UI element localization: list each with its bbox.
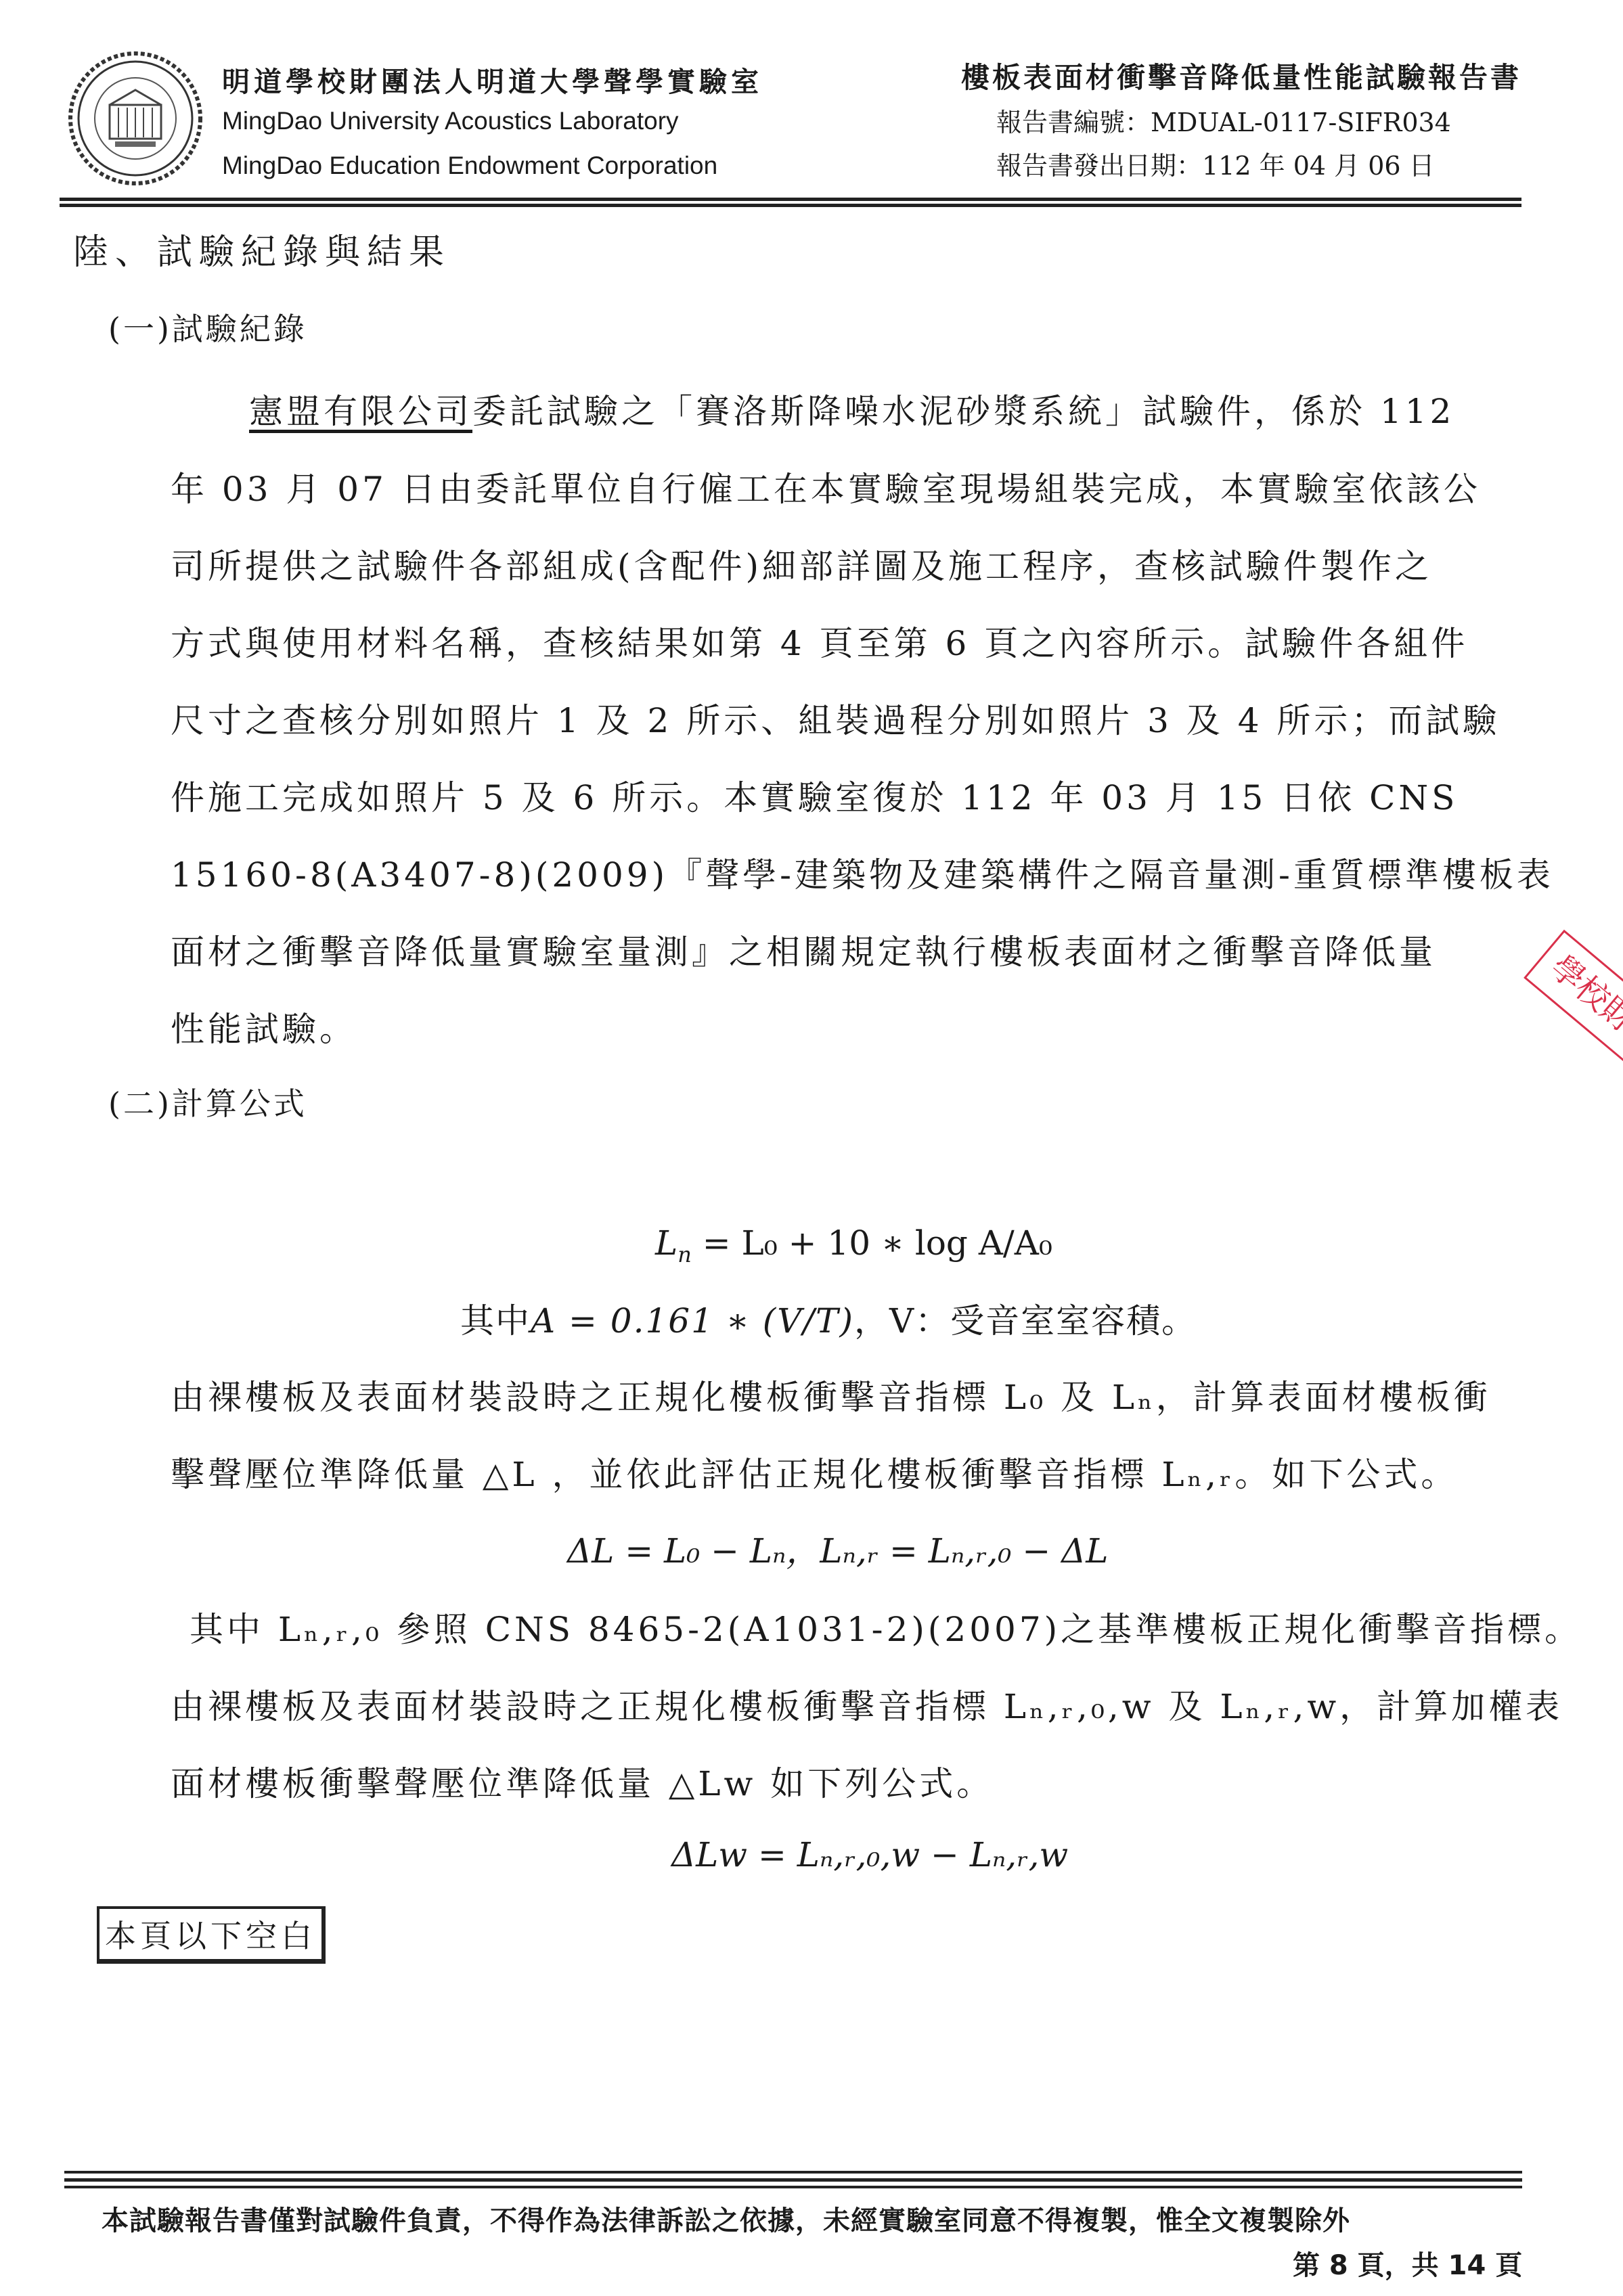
report-issue-date: 報告書發出日期：112 年 04 月 06 日 <box>996 145 1435 182</box>
issue-date-value: 112 年 04 月 06 日 <box>1202 151 1435 181</box>
formula-lhs-subscript: n <box>677 1242 692 1267</box>
page-number: 第 8 頁，共 14 頁 <box>1293 2244 1522 2282</box>
document-title: 樓板表面材衝擊音降低量性能試驗報告書 <box>961 55 1521 96</box>
formula-note-suffix: ，V：受音室室容積。 <box>854 1301 1197 1341</box>
paragraph-line: 方式與使用材料名稱，查核結果如第 4 頁至第 6 頁之內容所示。試驗件各組件 <box>171 616 1468 665</box>
formula-a-definition: 其中A = 0.161 ∗ (V/T)，V：受音室室容積。 <box>460 1294 1197 1343</box>
paragraph-line: 由裸樓板及表面材裝設時之正規化樓板衝擊音指標 L₀ 及 Lₙ，計算表面材樓板衝 <box>171 1370 1491 1419</box>
paragraph-line: 尺寸之查核分別如照片 1 及 2 所示、組裝過程分別如照片 3 及 4 所示；而… <box>171 694 1500 742</box>
issue-date-label: 報告書發出日期： <box>996 151 1202 181</box>
paragraph-line: 15160-8(A3407-8)(2009)『聲學-建築物及建築構件之隔音量測-… <box>171 848 1554 897</box>
formula-a-expression: A = 0.161 ∗ (V/T) <box>531 1301 854 1341</box>
formula-delta-l: ΔL = L₀ − Lₙ，Lₙ,ᵣ = Lₙ,ᵣ,₀ − ΔL <box>567 1524 1108 1573</box>
organization-name-cn: 明道學校財團法人明道大學聲學實驗室 <box>222 60 763 99</box>
paragraph-line: 性能試驗。 <box>171 1002 357 1051</box>
client-company: 憲盟有限公司 <box>249 392 472 431</box>
formula-note-prefix: 其中 <box>460 1301 531 1341</box>
footer-disclaimer: 本試驗報告書僅對試驗件負責，不得作為法律訴訟之依據，未經實驗室同意不得複製，惟全… <box>102 2199 1350 2238</box>
formula-lhs: L <box>655 1223 677 1263</box>
paragraph-line: 憲盟有限公司委託試驗之「賽洛斯降噪水泥砂漿系統」試驗件，係於 112 <box>249 384 1454 433</box>
section-title: 陸、試驗紀錄與結果 <box>73 223 451 274</box>
university-seal-icon <box>68 51 203 186</box>
paragraph-text: 委託試驗之「賽洛斯降噪水泥砂漿系統」試驗件，係於 112 <box>472 392 1454 431</box>
organization-corporation-en: MingDao Education Endowment Corporation <box>222 152 717 180</box>
formula-delta-lw: ΔLw = Lₙ,ᵣ,₀,w − Lₙ,ᵣ,w <box>671 1835 1068 1874</box>
paragraph-line: 司所提供之試驗件各部組成(含配件)細部詳圖及施工程序，查核試驗件製作之 <box>171 539 1432 588</box>
organization-name-en: MingDao University Acoustics Laboratory <box>222 107 679 135</box>
header-divider <box>60 198 1521 207</box>
blank-page-notice: 本頁以下空白 <box>97 1906 326 1964</box>
paragraph-line: 由裸樓板及表面材裝設時之正規化樓板衝擊音指標 Lₙ,ᵣ,₀,w 及 Lₙ,ᵣ,w… <box>171 1680 1563 1728</box>
footer-divider <box>64 2171 1522 2188</box>
report-number: 報告書編號：MDUAL-0117-SIFR034 <box>996 102 1451 139</box>
paragraph-line: 面材樓板衝擊聲壓位準降低量 △Lw 如下列公式。 <box>171 1757 994 1805</box>
subsection-formula-title: (二)計算公式 <box>108 1079 307 1124</box>
paragraph-line: 年 03 月 07 日由委託單位自行僱工在本實驗室現場組裝完成，本實驗室依該公 <box>171 462 1481 511</box>
paragraph-line: 擊聲壓位準降低量 △L ，並依此評估正規化樓板衝擊音指標 Lₙ,ᵣ。如下公式。 <box>171 1447 1458 1496</box>
report-number-label: 報告書編號： <box>996 108 1151 137</box>
formula-rhs: = L₀ + 10 ∗ log A/A₀ <box>703 1223 1052 1263</box>
red-seal-stamp: 學校財 <box>1519 927 1623 1062</box>
paragraph-line: 其中 Lₙ,ᵣ,₀ 參照 CNS 8465-2(A1031-2)(2007)之基… <box>190 1602 1582 1651</box>
subsection-test-record-title: (一)試驗紀錄 <box>108 305 307 349</box>
paragraph-line: 面材之衝擊音降低量實驗室量測』之相關規定執行樓板表面材之衝擊音降低量 <box>171 925 1436 974</box>
formula-ln: Ln = L₀ + 10 ∗ log A/A₀ <box>655 1223 1052 1267</box>
paragraph-line: 件施工完成如照片 5 及 6 所示。本實驗室復於 112 年 03 月 15 日… <box>171 771 1458 819</box>
report-number-value: MDUAL-0117-SIFR034 <box>1151 108 1451 137</box>
